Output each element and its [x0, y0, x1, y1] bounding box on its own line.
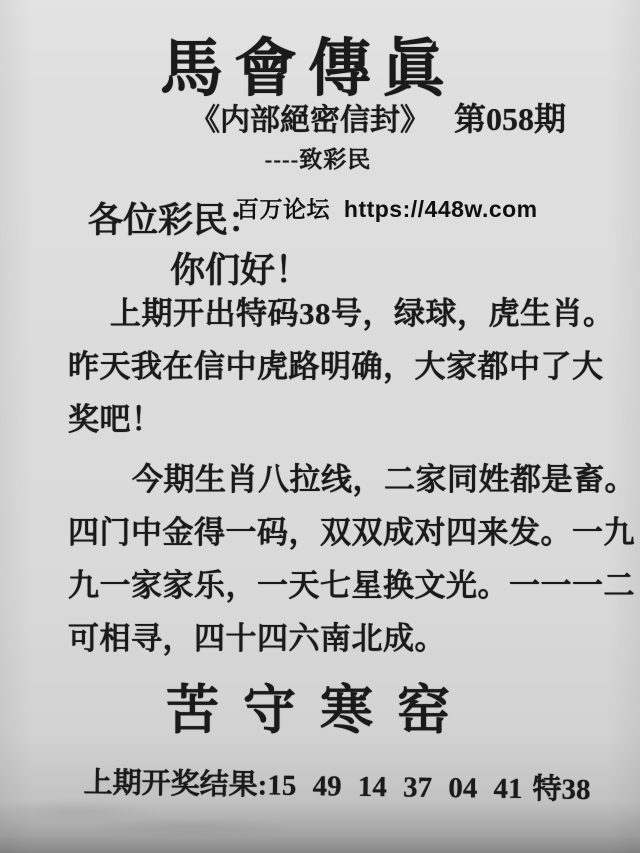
body-line: 四门中金得一码，双双成对四来发。一九 — [68, 506, 628, 559]
forum-watermark: 百万论坛 https://448w.com — [236, 191, 538, 224]
issue-number: 第058期 — [454, 101, 566, 137]
previous-results-numbers: 15 49 14 37 04 41 — [267, 770, 523, 806]
previous-results-special: 特38 — [532, 773, 590, 806]
body-line: 可相寻，四十四六南北成。 — [68, 612, 628, 665]
body-paragraph: 上期开出特码38号，绿球，虎生肖。 昨天我在信中虎路明确，大家都中了大 奖吧！ … — [68, 287, 628, 665]
salutation-line: 你们好！ — [170, 243, 310, 293]
body-line: 奖吧！ — [68, 393, 628, 446]
body-line: 昨天我在信中虎路明确，大家都中了大 — [68, 340, 628, 393]
body-line: 上期开出特码38号，绿球，虎生肖。 — [68, 287, 628, 340]
previous-draw-results: 上期开奖结果:15 49 14 37 04 41特38 — [83, 760, 590, 808]
subtitle-line: 《内部絕密信封》第058期 — [58, 94, 640, 140]
leaflet-sheet: 馬會傳眞 《内部絕密信封》第058期 ----致彩民 各位彩民： 百万论坛 ht… — [0, 0, 640, 853]
slogan-banner: 苦守寒窑 — [0, 668, 640, 744]
dedication-line: ----致彩民 — [0, 141, 638, 174]
body-line: 九一家家乐，一天七星换文光。一一一二 — [68, 559, 628, 612]
previous-results-label: 上期开奖结果: — [83, 767, 267, 802]
body-line: 今期生肖八拉线，二家同姓都是畜。 — [68, 453, 628, 506]
subtitle-bracketed: 《内部絕密信封》 — [190, 104, 430, 137]
